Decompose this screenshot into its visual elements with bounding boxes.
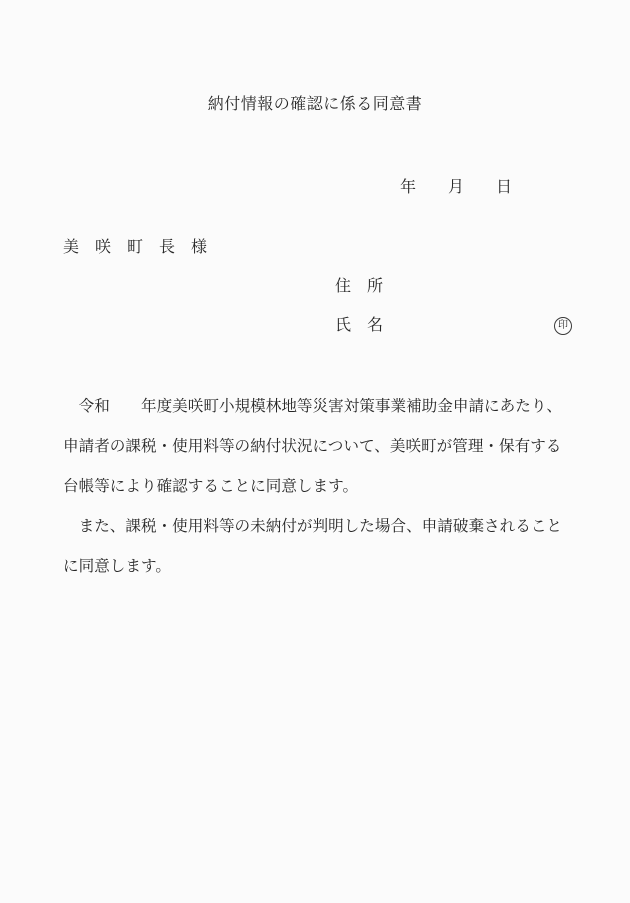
body-paragraph-consent: 令和 年度美咲町小規模林地等災害対策事業補助金申請にあたり、 申請者の課税・使用…	[63, 387, 567, 507]
name-label: 氏 名	[335, 316, 383, 336]
address-label: 住 所	[335, 277, 567, 297]
body-paragraph-nonpayment: また、課税・使用料等の未納付が判明した場合、申請破棄されること に同意します。	[63, 507, 567, 587]
date-blank-line: 年 月 日	[400, 178, 567, 198]
addressee-mayor-line: 美 咲 町 長 様	[63, 238, 567, 258]
name-row: 氏 名 印	[335, 316, 572, 336]
document-title: 納付情報の確認に係る同意書	[63, 0, 567, 115]
seal-stamp-icon: 印	[554, 317, 572, 335]
seal-character: 印	[558, 321, 568, 331]
consent-form-page: 納付情報の確認に係る同意書 年 月 日 美 咲 町 長 様 住 所 氏 名 印 …	[0, 0, 630, 903]
